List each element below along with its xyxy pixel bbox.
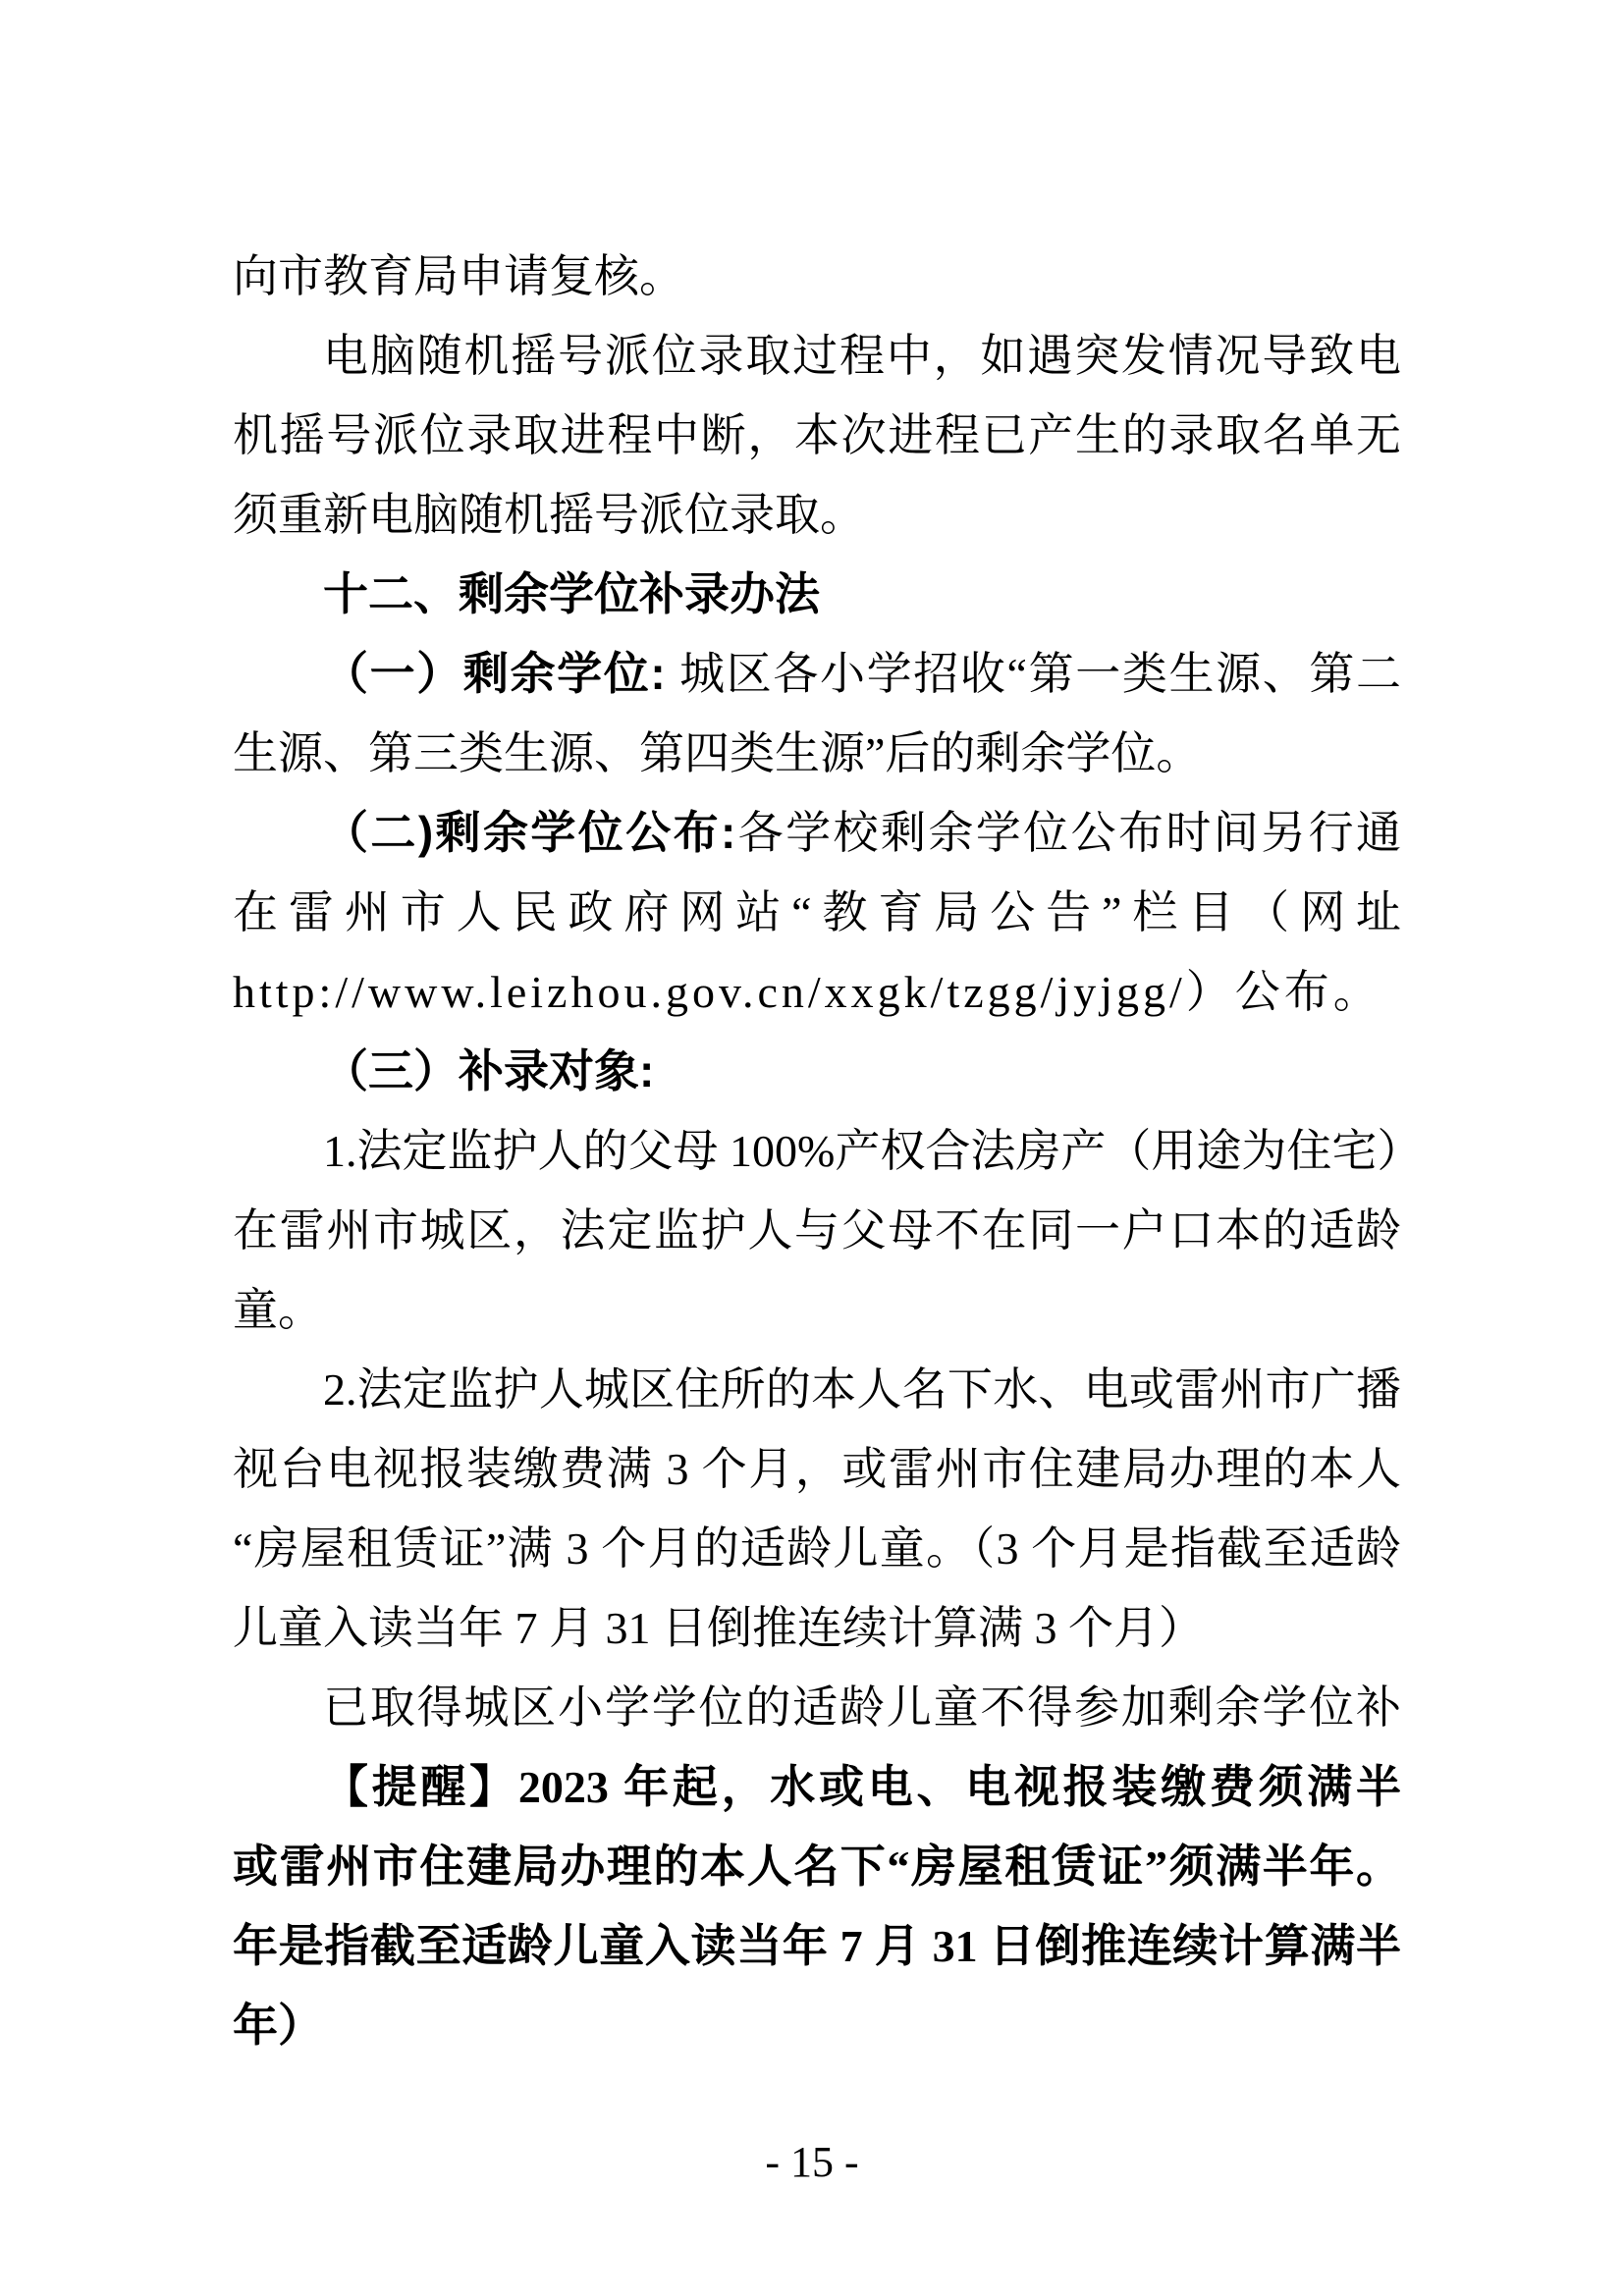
text-line: 已取得城区小学学位的适龄儿童不得参加剩余学位补录。 bbox=[233, 1668, 1401, 1747]
text-line: （三）补录对象: bbox=[233, 1032, 1401, 1111]
text-line: 在雷州市人民政府网站“教育局公告”栏目（网址 bbox=[233, 873, 1401, 952]
text-line: 电脑随机摇号派位录取过程中，如遇突发情况导致电脑随 bbox=[233, 316, 1401, 396]
text-line: 机摇号派位录取进程中断，本次进程已产生的录取名单无效， bbox=[233, 396, 1401, 475]
text-run: http://www.leizhou.gov.cn/xxgk/tzgg/jyjg… bbox=[233, 967, 1382, 1017]
text-line: 视台电视报装缴费满 3 个月，或雷州市住建局办理的本人名下 bbox=[233, 1429, 1401, 1509]
text-run: （一）剩余学位: bbox=[323, 648, 679, 699]
text-run: 【提醒】2023 年起，水或电、电视报装缴费须满半年， bbox=[233, 1762, 1401, 1827]
text-run: 在雷州市人民政府网站“教育局公告”栏目（网址 bbox=[233, 887, 1401, 937]
page-number: - 15 - bbox=[0, 2128, 1624, 2197]
text-run: （二)剩余学位公布: bbox=[323, 807, 735, 858]
text-line: 年是指截至适龄儿童入读当年 7 月 31 日倒推连续计算满半 bbox=[233, 1906, 1401, 1986]
text-run: 已取得城区小学学位的适龄儿童不得参加剩余学位补录。 bbox=[233, 1682, 1401, 1747]
text-run: 向市教育局申请复核。 bbox=[233, 251, 684, 301]
text-run: 生源、第三类生源、第四类生源”后的剩余学位。 bbox=[233, 728, 1201, 778]
text-line: 十二、剩余学位补录办法 bbox=[233, 555, 1401, 634]
text-run: 机摇号派位录取进程中断，本次进程已产生的录取名单无效， bbox=[233, 410, 1401, 475]
text-line: （二)剩余学位公布:各学校剩余学位公布时间另行通知。 bbox=[233, 793, 1401, 873]
text-run: “房屋租赁证”满 3 个月的适龄儿童。（3 个月是指截至适龄 bbox=[233, 1523, 1401, 1574]
text-line: 须重新电脑随机摇号派位录取。 bbox=[233, 475, 1401, 555]
text-run: 在雷州市城区，法定监护人与父母不在同一户口本的适龄儿 bbox=[233, 1205, 1401, 1270]
text-run: （三）补录对象: bbox=[323, 1045, 654, 1096]
text-run: 童。 bbox=[233, 1285, 323, 1335]
document-page: 向市教育局申请复核。电脑随机摇号派位录取过程中，如遇突发情况导致电脑随机摇号派位… bbox=[0, 0, 1624, 2296]
text-line: 童。 bbox=[233, 1270, 1401, 1350]
text-line: 1.法定监护人的父母 100%产权合法房产（用途为住宅） bbox=[233, 1111, 1401, 1191]
text-run: 儿童入读当年 7 月 31 日倒推连续计算满 3 个月） bbox=[233, 1603, 1204, 1653]
text-run: 或雷州市住建局办理的本人名下“房屋租赁证”须满半年。（半 bbox=[233, 1842, 1401, 1906]
text-line: 2.法定监护人城区住所的本人名下水、电或雷州市广播电 bbox=[233, 1350, 1401, 1429]
text-run: 1.法定监护人的父母 100%产权合法房产（用途为住宅） bbox=[323, 1126, 1401, 1176]
text-line: 年） bbox=[233, 1986, 1401, 2065]
text-line: 在雷州市城区，法定监护人与父母不在同一户口本的适龄儿 bbox=[233, 1191, 1401, 1270]
text-run: 年是指截至适龄儿童入读当年 7 月 31 日倒推连续计算满半 bbox=[233, 1921, 1401, 1971]
text-run: 须重新电脑随机摇号派位录取。 bbox=[233, 490, 865, 540]
text-line: 儿童入读当年 7 月 31 日倒推连续计算满 3 个月） bbox=[233, 1588, 1401, 1668]
text-run: 年） bbox=[233, 2001, 323, 2051]
text-run: 2.法定监护人城区住所的本人名下水、电或雷州市广播电 bbox=[233, 1364, 1401, 1429]
text-line: 向市教育局申请复核。 bbox=[233, 237, 1401, 316]
text-line: “房屋租赁证”满 3 个月的适龄儿童。（3 个月是指截至适龄 bbox=[233, 1509, 1401, 1588]
document-body: 向市教育局申请复核。电脑随机摇号派位录取过程中，如遇突发情况导致电脑随机摇号派位… bbox=[233, 237, 1401, 2065]
text-line: 或雷州市住建局办理的本人名下“房屋租赁证”须满半年。（半 bbox=[233, 1827, 1401, 1906]
text-line: 生源、第三类生源、第四类生源”后的剩余学位。 bbox=[233, 714, 1401, 793]
text-line: http://www.leizhou.gov.cn/xxgk/tzgg/jyjg… bbox=[233, 952, 1401, 1032]
text-run: 十二、剩余学位补录办法 bbox=[323, 568, 820, 619]
text-line: 【提醒】2023 年起，水或电、电视报装缴费须满半年， bbox=[233, 1747, 1401, 1827]
text-line: （一）剩余学位: 城区各小学招收“第一类生源、第二类 bbox=[233, 634, 1401, 714]
text-run: 视台电视报装缴费满 3 个月，或雷州市住建局办理的本人名下 bbox=[233, 1444, 1401, 1509]
text-run: 电脑随机摇号派位录取过程中，如遇突发情况导致电脑随 bbox=[233, 331, 1401, 396]
